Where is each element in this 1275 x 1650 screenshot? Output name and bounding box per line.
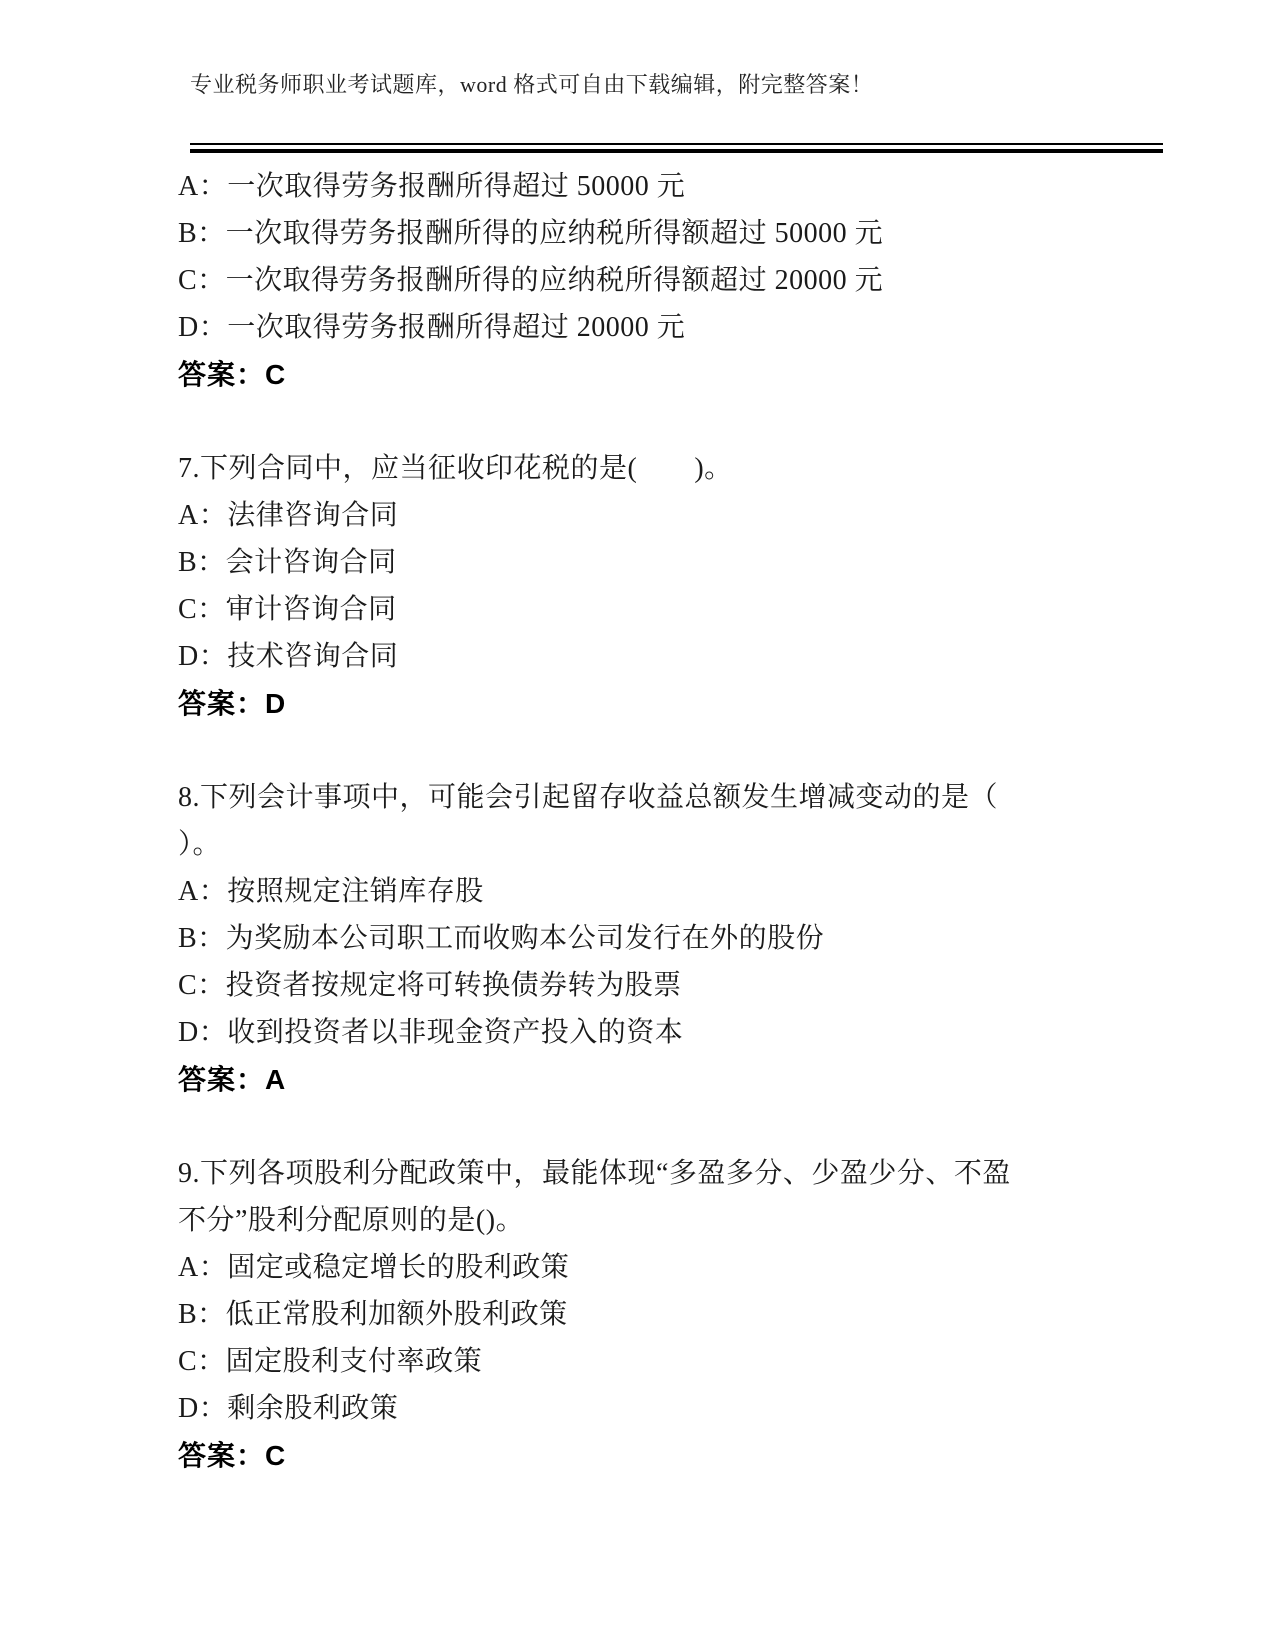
question-9-option-c: C：固定股利支付率政策 — [178, 1338, 1220, 1385]
question-6-option-c: C：一次取得劳务报酬所得的应纳税所得额超过 20000 元 — [178, 257, 1220, 304]
question-8-stem-line-2: ）。 — [178, 821, 1220, 868]
question-9-option-a: A：固定或稳定增长的股利政策 — [178, 1244, 1220, 1291]
question-6-option-d: D：一次取得劳务报酬所得超过 20000 元 — [178, 304, 1220, 351]
question-8-answer: 答案：A — [178, 1056, 1220, 1103]
document-body: A：一次取得劳务报酬所得超过 50000 元 B：一次取得劳务报酬所得的应纳税所… — [178, 153, 1220, 1479]
question-7-answer: 答案：D — [178, 680, 1220, 727]
question-7-stem: 7.下列合同中，应当征收印花税的是( )。 — [178, 445, 1220, 492]
question-block-8: 8.下列会计事项中，可能会引起留存收益总额发生增减变动的是（ ）。 A：按照规定… — [178, 774, 1220, 1103]
question-8-stem-line-1: 8.下列会计事项中，可能会引起留存收益总额发生增减变动的是（ — [178, 774, 1220, 821]
question-8-option-a: A：按照规定注销库存股 — [178, 868, 1220, 915]
question-9-stem-line-2: 不分”股利分配原则的是()。 — [178, 1197, 1220, 1244]
header-divider-line — [190, 143, 1163, 153]
question-8-option-d: D：收到投资者以非现金资产投入的资本 — [178, 1009, 1220, 1056]
question-8-option-b: B：为奖励本公司职工而收购本公司发行在外的股份 — [178, 915, 1220, 962]
header-title: 专业税务师职业考试题库，word 格式可自由下载编辑，附完整答案！ — [190, 72, 1163, 98]
question-9-stem-line-1: 9.下列各项股利分配政策中，最能体现“多盈多分、少盈少分、不盈 — [178, 1150, 1220, 1197]
question-9-option-b: B：低正常股利加额外股利政策 — [178, 1291, 1220, 1338]
question-7-option-c: C：审计咨询合同 — [178, 586, 1220, 633]
question-6-answer: 答案：C — [178, 351, 1220, 398]
question-8-option-c: C：投资者按规定将可转换债券转为股票 — [178, 962, 1220, 1009]
page-header: 专业税务师职业考试题库，word 格式可自由下载编辑，附完整答案！ — [190, 0, 1163, 153]
question-6-option-b: B：一次取得劳务报酬所得的应纳税所得额超过 50000 元 — [178, 210, 1220, 257]
question-7-option-d: D：技术咨询合同 — [178, 633, 1220, 680]
question-7-option-b: B：会计咨询合同 — [178, 539, 1220, 586]
question-7-option-a: A：法律咨询合同 — [178, 492, 1220, 539]
question-6-option-a: A：一次取得劳务报酬所得超过 50000 元 — [178, 163, 1220, 210]
question-block-9: 9.下列各项股利分配政策中，最能体现“多盈多分、少盈少分、不盈 不分”股利分配原… — [178, 1150, 1220, 1479]
question-block-7: 7.下列合同中，应当征收印花税的是( )。 A：法律咨询合同 B：会计咨询合同 … — [178, 445, 1220, 727]
question-9-option-d: D：剩余股利政策 — [178, 1385, 1220, 1432]
question-9-answer: 答案：C — [178, 1432, 1220, 1479]
document-page: { "page_header": { "text": "专业税务师职业考试题库，… — [0, 0, 1275, 1650]
question-block-6: A：一次取得劳务报酬所得超过 50000 元 B：一次取得劳务报酬所得的应纳税所… — [178, 163, 1220, 398]
